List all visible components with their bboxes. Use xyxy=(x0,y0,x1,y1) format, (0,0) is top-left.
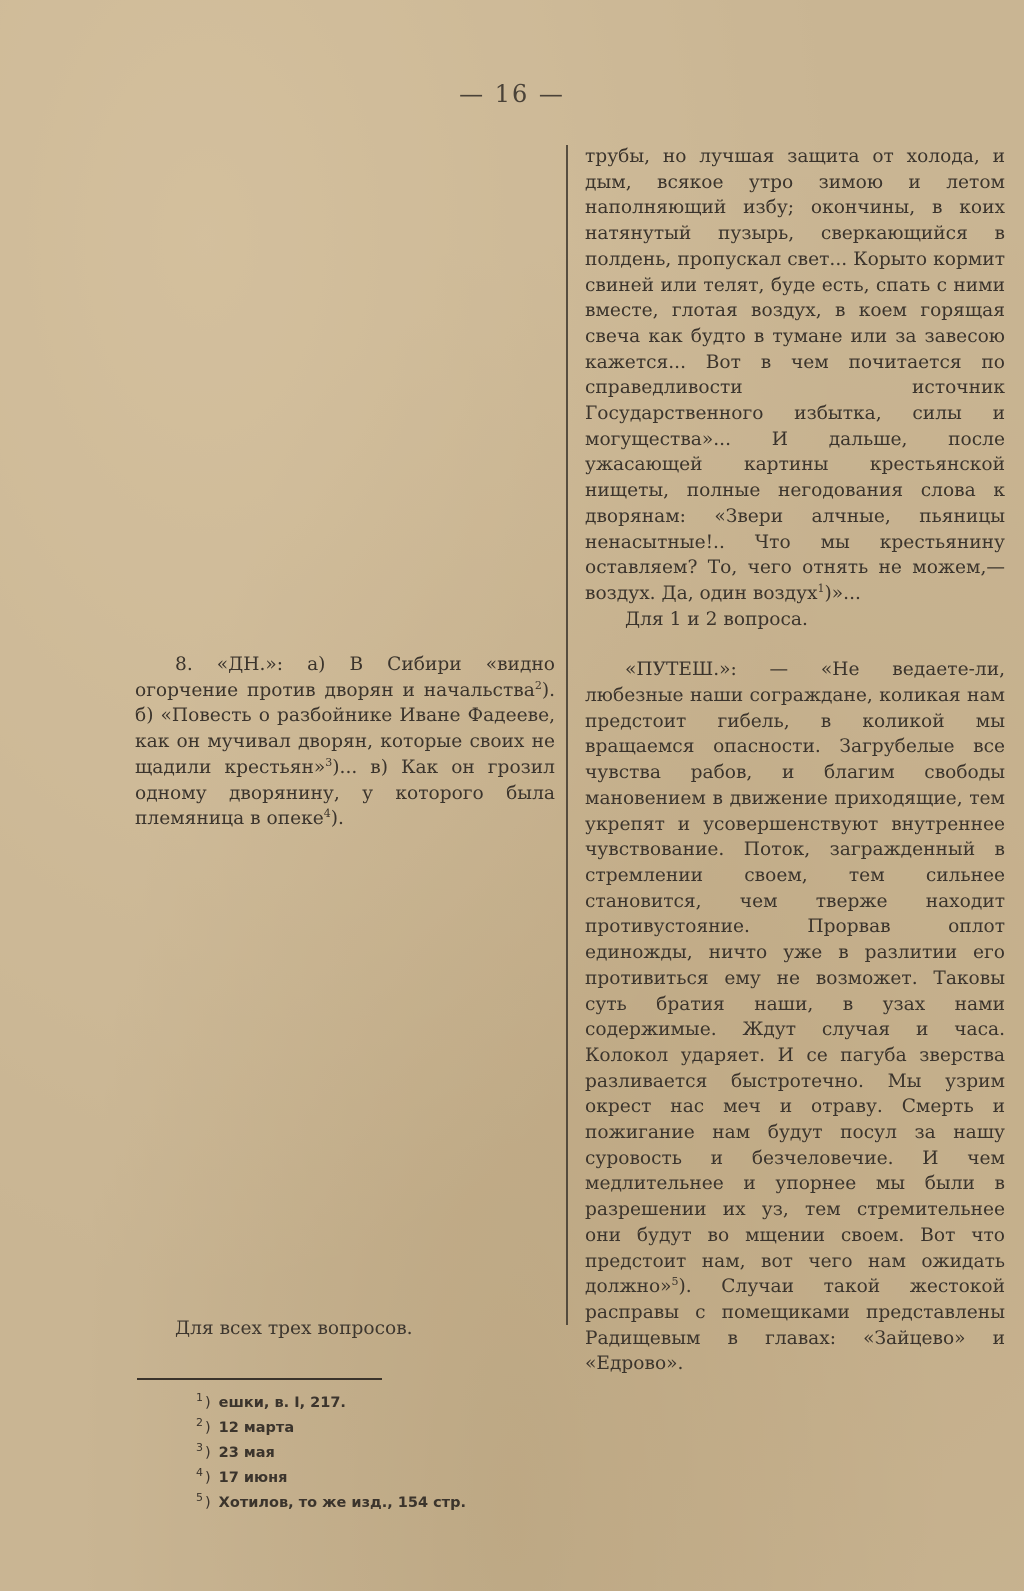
footnote-ref-1: 1 xyxy=(818,582,825,595)
page-number: — 16 — xyxy=(0,80,1024,108)
footnotes: 1)ешки, в. I, 217. 2)12 марта 3)23 мая 4… xyxy=(196,1388,466,1513)
column-divider xyxy=(566,145,568,1325)
right-paragraph-1: трубы, но лучшая защита от холода, и дым… xyxy=(585,144,1005,607)
item-8: 8. «ДН.»: а) В Сибири «видно огорчение п… xyxy=(135,652,555,832)
subheading-questions-1-2: Для 1 и 2 вопроса. xyxy=(585,607,1005,633)
footnote-ref-2: 2 xyxy=(535,679,542,692)
footnote-ref-5: 5 xyxy=(672,1275,679,1288)
footnote-2: 2)12 марта xyxy=(196,1413,466,1438)
footnote-1: 1)ешки, в. I, 217. xyxy=(196,1388,466,1413)
footnote-ref-4: 4 xyxy=(324,807,331,820)
footnote-5: 5)Хотилов, то же изд., 154 стр. xyxy=(196,1488,466,1513)
right-column: трубы, но лучшая защита от холода, и дым… xyxy=(585,144,1005,1377)
subheading-all-questions: Для всех трех вопросов. xyxy=(175,1318,413,1339)
footnote-rule xyxy=(137,1378,382,1380)
right-paragraph-2: «ПУТЕШ.»: — «Не ведаете-ли, любезные наш… xyxy=(585,657,1005,1377)
footnote-3: 3)23 мая xyxy=(196,1438,466,1463)
footnote-4: 4)17 июня xyxy=(196,1463,466,1488)
left-column: 8. «ДН.»: а) В Сибири «видно огорчение п… xyxy=(135,652,555,832)
